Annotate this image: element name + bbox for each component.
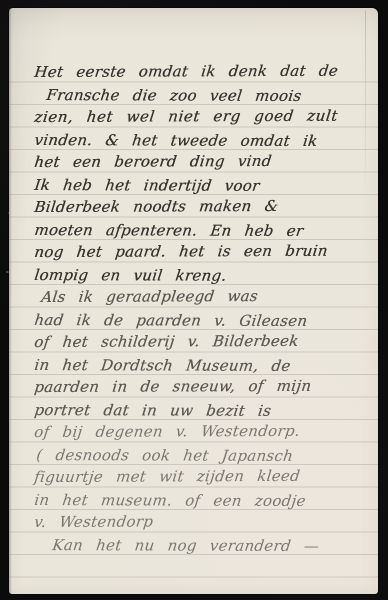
handwritten-line: het een beroerd ding vind <box>33 150 372 174</box>
handwritten-line: Ik heb het indertijd voor <box>33 174 372 198</box>
handwritten-line: vinden. & het tweede omdat ik <box>33 129 372 153</box>
handwritten-line: Bilderbeek noodts maken & <box>33 195 372 219</box>
handwritten-line: nog het paard. het is een bruin <box>33 240 372 264</box>
handwritten-line: v. Westendorp <box>33 510 372 534</box>
handwritten-line: ( desnoods ook het Japansch <box>33 444 372 468</box>
handwritten-line: lompig en vuil kreng. <box>33 264 372 288</box>
paper-edge <box>9 8 12 594</box>
handwritten-line: Fransche die zoo veel moois <box>33 84 372 108</box>
handwritten-line: Kan het nu nog veranderd — <box>33 534 372 558</box>
handwritten-line: moeten afpenteren. En heb er <box>33 219 372 243</box>
handwritten-line: in het museum. of een zoodje <box>33 489 372 513</box>
handwritten-line: Het eerste omdat ik denk dat de <box>33 60 372 84</box>
handwriting-block: Het eerste omdat ik denk dat deFransche … <box>33 61 369 556</box>
photograph-background: Het eerste omdat ik denk dat deFransche … <box>0 0 388 600</box>
handwritten-line: figuurtje met wit zijden kleed <box>33 465 372 489</box>
handwritten-line: of bij degenen v. Westendorp. <box>33 420 372 444</box>
letter-page: Het eerste omdat ik denk dat deFransche … <box>9 8 378 594</box>
handwritten-line: in het Dordtsch Museum, de <box>33 354 372 378</box>
handwritten-line: had ik de paarden v. Gileasen <box>33 309 372 333</box>
handwritten-line: of het schilderij v. Bilderbeek <box>33 330 372 354</box>
handwritten-line: paarden in de sneeuw, of mijn <box>33 375 372 399</box>
handwritten-line: Als ik geraadpleegd was <box>33 285 372 309</box>
handwritten-line: zien, het wel niet erg goed zult <box>33 105 372 129</box>
handwritten-line: portret dat in uw bezit is <box>33 399 372 423</box>
